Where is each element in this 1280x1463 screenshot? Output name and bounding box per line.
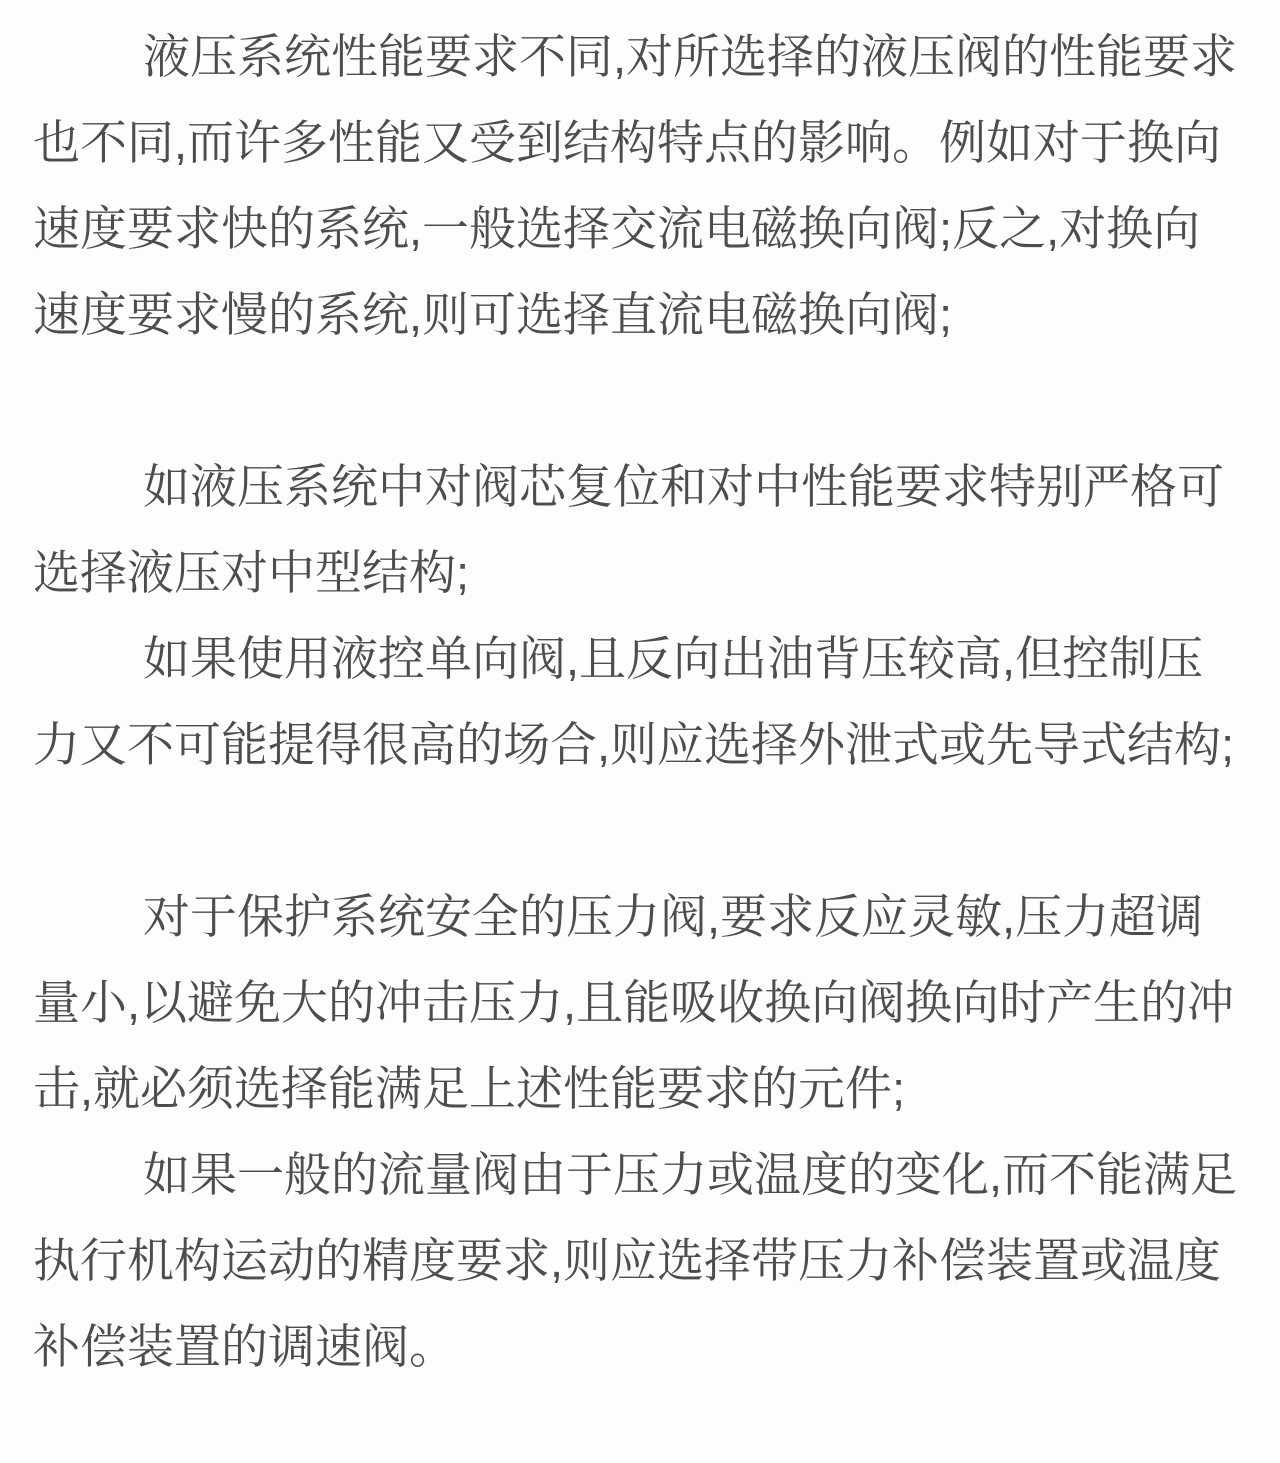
paragraph-spacer — [33, 358, 1247, 444]
paragraph-2: 如液压系统中对阀芯复位和对中性能要求特别严格可 选择液压对中型结构; — [33, 444, 1247, 616]
text-line: 如果一般的流量阀由于压力或温度的变化,而不能满足 — [33, 1132, 1247, 1218]
paragraph-1: 液压系统性能要求不同,对所选择的液压阀的性能要求 也不同,而许多性能又受到结构特… — [33, 14, 1247, 358]
text-line: 击,就必须选择能满足上述性能要求的元件; — [33, 1046, 1247, 1132]
text-line: 如液压系统中对阀芯复位和对中性能要求特别严格可 — [33, 444, 1247, 530]
text-line: 力又不可能提得很高的场合,则应选择外泄式或先导式结构; — [33, 702, 1247, 788]
text-line: 执行机构运动的精度要求,则应选择带压力补偿装置或温度 — [33, 1218, 1247, 1304]
paragraph-3: 如果使用液控单向阀,且反向出油背压较高,但控制压 力又不可能提得很高的场合,则应… — [33, 616, 1247, 788]
text-line: 也不同,而许多性能又受到结构特点的影响。例如对于换向 — [33, 100, 1247, 186]
text-line: 速度要求慢的系统,则可选择直流电磁换向阀; — [33, 272, 1247, 358]
paragraph-4: 对于保护系统安全的压力阀,要求反应灵敏,压力超调 量小,以避免大的冲击压力,且能… — [33, 874, 1247, 1132]
text-line: 量小,以避免大的冲击压力,且能吸收换向阀换向时产生的冲 — [33, 960, 1247, 1046]
paragraph-spacer — [33, 788, 1247, 874]
document-page: 液压系统性能要求不同,对所选择的液压阀的性能要求 也不同,而许多性能又受到结构特… — [0, 0, 1280, 1463]
text-line: 液压系统性能要求不同,对所选择的液压阀的性能要求 — [33, 14, 1247, 100]
text-line: 补偿装置的调速阀。 — [33, 1304, 1247, 1390]
text-line: 对于保护系统安全的压力阀,要求反应灵敏,压力超调 — [33, 874, 1247, 960]
text-line: 如果使用液控单向阀,且反向出油背压较高,但控制压 — [33, 616, 1247, 702]
paragraph-5: 如果一般的流量阀由于压力或温度的变化,而不能满足 执行机构运动的精度要求,则应选… — [33, 1132, 1247, 1390]
text-line: 速度要求快的系统,一般选择交流电磁换向阀;反之,对换向 — [33, 186, 1247, 272]
text-line: 选择液压对中型结构; — [33, 530, 1247, 616]
